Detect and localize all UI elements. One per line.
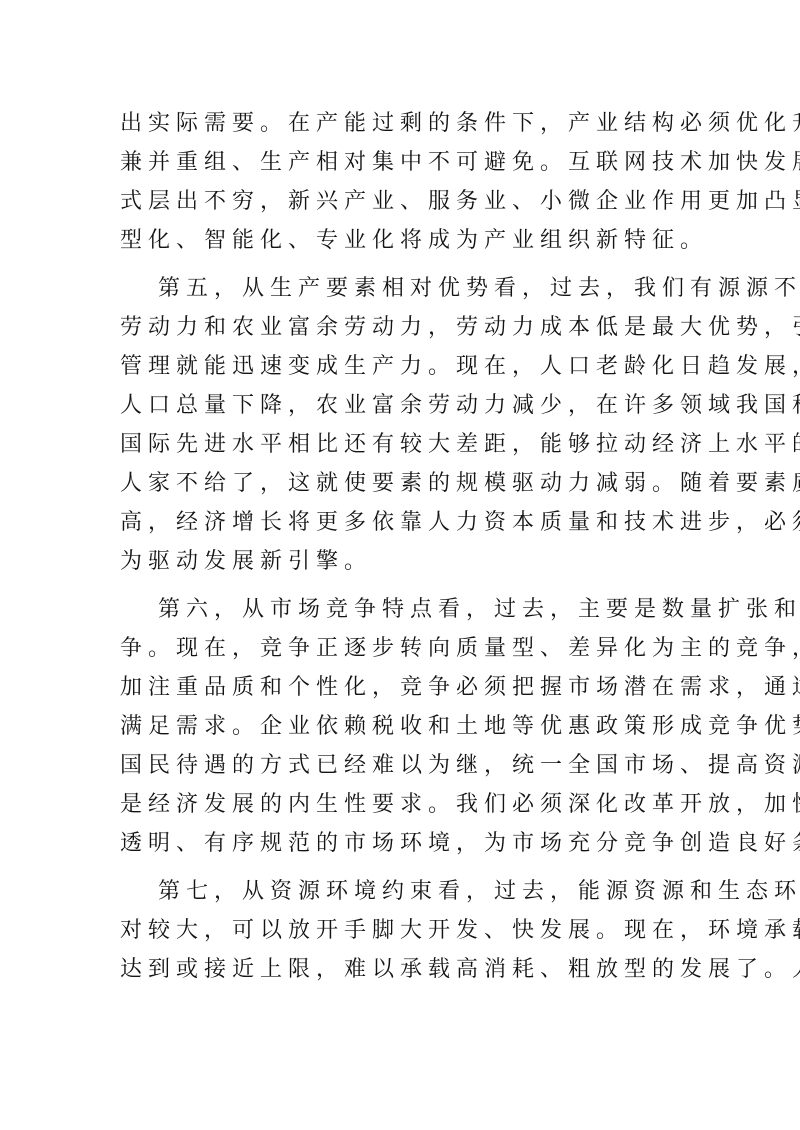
text-line: 人家不给了，这就使要素的规模驱动力减弱。随着要素质量不断提: [120, 464, 690, 503]
text-line: 人口总量下降，农业富余劳动力减少，在许多领域我国科技创新与: [120, 386, 690, 425]
text-line-indented: 第六，从市场竞争特点看，过去，主要是数量扩张和价格竞: [120, 590, 690, 629]
text-line: 型化、智能化、专业化将成为产业组织新特征。: [120, 221, 690, 260]
text-line: 出实际需要。在产能过剩的条件下，产业结构必须优化升级，企业: [120, 104, 690, 143]
text-line: 是经济发展的内生性要求。我们必须深化改革开放，加快形成统一: [120, 785, 690, 824]
text-line: 透明、有序规范的市场环境，为市场充分竞争创造良好条件。: [120, 824, 690, 863]
document-page: 出实际需要。在产能过剩的条件下，产业结构必须优化升级，企业 兼并重组、生产相对集…: [0, 0, 800, 1130]
text-line: 争。现在，竞争正逐步转向质量型、差异化为主的竞争，消费者更: [120, 629, 690, 668]
text-line: 劳动力和农业富余劳动力，劳动力成本低是最大优势，引进技术和: [120, 308, 690, 347]
paragraph-fifth: 第五，从生产要素相对优势看，过去，我们有源源不断的新生 劳动力和农业富余劳动力，…: [120, 269, 690, 581]
text-line-indented: 第七，从资源环境约束看，过去，能源资源和生态环境空间相: [120, 872, 690, 911]
text-line: 加注重品质和个性化，竞争必须把握市场潜在需求，通过供给创新: [120, 668, 690, 707]
text-line: 为驱动发展新引擎。: [120, 542, 690, 581]
text-line: 满足需求。企业依赖税收和土地等优惠政策形成竞争优势、外资超: [120, 707, 690, 746]
document-body: 出实际需要。在产能过剩的条件下，产业结构必须优化升级，企业 兼并重组、生产相对集…: [120, 104, 690, 998]
text-line: 国民待遇的方式已经难以为继，统一全国市场、提高资源配置效率: [120, 746, 690, 785]
paragraph-seventh: 第七，从资源环境约束看，过去，能源资源和生态环境空间相 对较大，可以放开手脚大开…: [120, 872, 690, 989]
text-line-indented: 第五，从生产要素相对优势看，过去，我们有源源不断的新生: [120, 269, 690, 308]
text-line: 对较大，可以放开手脚大开发、快发展。现在，环境承载能力已经: [120, 911, 690, 950]
text-line: 达到或接近上限，难以承载高消耗、粗放型的发展了。人民群众对: [120, 950, 690, 989]
text-line: 国际先进水平相比还有较大差距，能够拉动经济上水平的关键技术: [120, 425, 690, 464]
paragraph-continuation: 出实际需要。在产能过剩的条件下，产业结构必须优化升级，企业 兼并重组、生产相对集…: [120, 104, 690, 260]
text-line: 管理就能迅速变成生产力。现在，人口老龄化日趋发展，劳动年龄: [120, 347, 690, 386]
text-line: 式层出不穷，新兴产业、服务业、小微企业作用更加凸显，生产小: [120, 182, 690, 221]
paragraph-sixth: 第六，从市场竞争特点看，过去，主要是数量扩张和价格竞 争。现在，竞争正逐步转向质…: [120, 590, 690, 863]
text-line: 兼并重组、生产相对集中不可避免。互联网技术加快发展，创新方: [120, 143, 690, 182]
text-line: 高，经济增长将更多依靠人力资本质量和技术进步，必须让创新成: [120, 503, 690, 542]
